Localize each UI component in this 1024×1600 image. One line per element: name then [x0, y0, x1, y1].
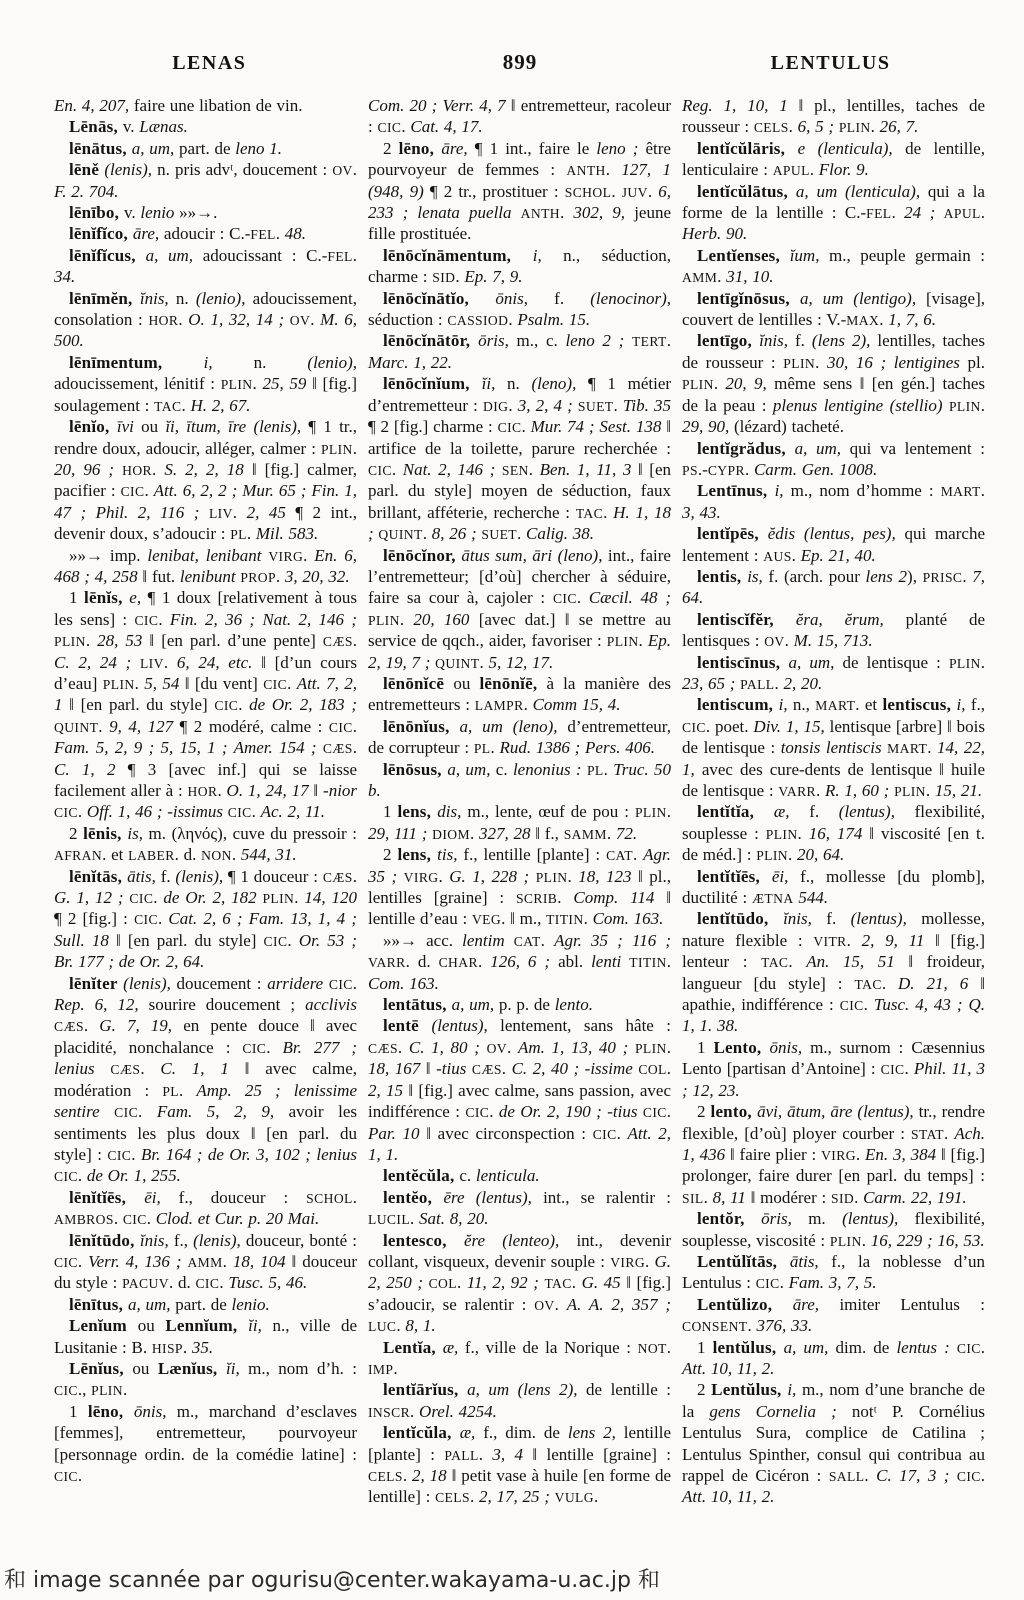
dictionary-entry: »»→ acc. lentim CAT. Agr. 35 ; 116 ; VAR…: [368, 930, 671, 994]
dictionary-entry: lentĭgrădus, a, um, qui va lentement : P…: [682, 438, 985, 481]
dictionary-entry: lēnōcĭnor, ātus sum, āri (leno), int., f…: [368, 545, 671, 673]
dictionary-entry: lentĕo, ēre (lentus), int., se ralentir …: [368, 1187, 671, 1230]
dictionary-entry: Lenĭum ou Lennĭum, ĭi, n., ville de Lusi…: [54, 1315, 357, 1358]
dictionary-entry: lēnĭo, īvi ou ĭi, ītum, īre (lenis), ¶ 1…: [54, 416, 357, 544]
dictionary-entry: lēnōcĭnātōr, ōris, m., c. leno 2 ; TERT.…: [368, 330, 671, 373]
dictionary-entry: lēnātus, a, um, part. de leno 1.: [54, 138, 357, 159]
dictionary-entry: lentīgo, ĭnis, f. (lens 2), lentilles, t…: [682, 330, 985, 437]
dictionary-entry: Lentŭlizo, āre, imiter Lentulus : CONSEN…: [682, 1294, 985, 1337]
dictionary-entry: lentiscīnus, a, um, de lentisque : PLIN.…: [682, 652, 985, 695]
dictionary-entry: 1 lēno, ōnis, m., marchand d’esclaves [f…: [54, 1401, 357, 1487]
header-left-title: LENAS: [172, 52, 246, 74]
dictionary-entry: Lēnās, v. Lænas.: [54, 116, 357, 137]
dictionary-entry: lentĭpēs, ĕdis (lentus, pes), qui marche…: [682, 523, 985, 566]
dictionary-entry: »»→ imp. lenibat, lenibant VIRG. En. 6, …: [54, 545, 357, 588]
header-right-title: LENTULUS: [771, 52, 891, 74]
dictionary-entry: 2 lens, tis, f., lentille [plante] : CAT…: [368, 844, 671, 930]
dictionary-entry: lēnītus, a, um, part. de lenio.: [54, 1294, 357, 1315]
dictionary-entry: En. 4, 207, faire une libation de vin.: [54, 95, 357, 116]
dictionary-entry: 2 lēno, āre, ¶ 1 int., faire le leno ; ê…: [368, 138, 671, 245]
text-columns: En. 4, 207, faire une libation de vin.Lē…: [54, 95, 986, 1508]
dictionary-entry: lēnōsus, a, um, c. lenonius : PL. Truc. …: [368, 759, 671, 802]
dictionary-entry: lentĭtūdo, ĭnis, f. (lentus), mollesse, …: [682, 908, 985, 1036]
dictionary-entry: 2 lento, āvi, ātum, āre (lentus), tr., r…: [682, 1101, 985, 1208]
page-header: LENAS 899 LENTULUS: [54, 50, 986, 75]
dictionary-entry: lēnōcĭnātĭo, ōnis, f. (lenocinor), séduc…: [368, 288, 671, 331]
dictionary-entry: lentesco, ĕre (lenteo), int., devenir co…: [368, 1230, 671, 1337]
dictionary-entry: lentĭārĭus, a, um (lens 2), de lentille …: [368, 1379, 671, 1422]
dictionary-entry: lentē (lentus), lentement, sans hâte : C…: [368, 1015, 671, 1165]
dictionary-entry: Lēnĭus, ou Lænĭus, ĭi, m., nom d’h. : CI…: [54, 1358, 357, 1401]
dictionary-entry: 1 Lento, ōnis, m., surnom : Cæsennius Le…: [682, 1037, 985, 1101]
dictionary-entry: lentīgĭnōsus, a, um (lentigo), [visage],…: [682, 288, 985, 331]
dictionary-page: LENAS 899 LENTULUS En. 4, 207, faire une…: [0, 0, 1024, 1508]
dictionary-entry: lēnĭtās, ātis, f. (lenis), ¶ 1 douceur :…: [54, 866, 357, 973]
dictionary-entry: lentĭtĭēs, ēi, f., mollesse [du plomb], …: [682, 866, 985, 909]
dictionary-entry: lēnōnĭcē ou lēnōnĭē, à la manière des en…: [368, 673, 671, 716]
dictionary-column-left: En. 4, 207, faire une libation de vin.Lē…: [54, 95, 357, 1508]
dictionary-entry: lēnībo, v. lenio »»→.: [54, 202, 357, 223]
dictionary-entry: lentiscĭfĕr, ĕra, ĕrum, planté de lentis…: [682, 609, 985, 652]
dictionary-entry: lentiscum, i, n., MART. et lentiscus, i,…: [682, 694, 985, 801]
dictionary-entry: lentātus, a, um, p. p. de lento.: [368, 994, 671, 1015]
dictionary-entry: lēnĭter (lenis), doucement : arridere CI…: [54, 973, 357, 1187]
dictionary-entry: lēnĭfĭcus, a, um, adoucissant : C.-FEL. …: [54, 245, 357, 288]
dictionary-entry: 1 lens, dis, m., lente, œuf de pou : PLI…: [368, 801, 671, 844]
dictionary-entry: Lentĭenses, ĭum, m., peuple germain : AM…: [682, 245, 985, 288]
dictionary-entry: 2 lēnis, is, m. (ληνός), cuve du pressoi…: [54, 823, 357, 866]
dictionary-entry: 2 Lentŭlus, i, m., nom d’une branche de …: [682, 1379, 985, 1507]
dictionary-column-right: Reg. 1, 10, 1 ‖ pl., lentilles, taches d…: [682, 95, 985, 1508]
dictionary-entry: Com. 20 ; Verr. 4, 7 ‖ entremetteur, rac…: [368, 95, 671, 138]
dictionary-entry: lentĭtĭa, æ, f. (lentus), flexibilité, s…: [682, 801, 985, 865]
dictionary-entry: lēnīmĕn, ĭnis, n. (lenio), adoucissement…: [54, 288, 357, 352]
dictionary-entry: Lentĭa, æ, f., ville de la Norique : NOT…: [368, 1337, 671, 1380]
dictionary-entry: 1 lentŭlus, a, um, dim. de lentus : CIC.…: [682, 1337, 985, 1380]
dictionary-entry: lentĭcŭla, æ, f., dim. de lens 2, lentil…: [368, 1422, 671, 1508]
dictionary-entry: lēnĭfĭco, āre, adoucir : C.-FEL. 48.: [54, 223, 357, 244]
dictionary-entry: lentĭcŭlāris, e (lenticula), de lentille…: [682, 138, 985, 181]
dictionary-entry: lentis, is, f. (arch. pour lens 2), PRIS…: [682, 566, 985, 609]
page-number: 899: [503, 50, 538, 74]
dictionary-entry: lēnōcĭnāmentum, i, n., séduction, charme…: [368, 245, 671, 288]
dictionary-column-center: Com. 20 ; Verr. 4, 7 ‖ entremetteur, rac…: [368, 95, 671, 1508]
dictionary-entry: lentŏr, ōris, m. (lentus), flexibilité, …: [682, 1208, 985, 1251]
dictionary-entry: lēnīmentum, i, n. (lenio), adoucissement…: [54, 352, 357, 416]
dictionary-entry: lēnĭtĭēs, ēi, f., douceur : SCHOL. AMBRO…: [54, 1187, 357, 1230]
scan-attribution: 和 image scannée par ogurisu@center.wakay…: [4, 1563, 660, 1594]
dictionary-entry: Reg. 1, 10, 1 ‖ pl., lentilles, taches d…: [682, 95, 985, 138]
dictionary-entry: lēnōcĭnĭum, ĭi, n. (leno), ¶ 1 métier d’…: [368, 373, 671, 544]
dictionary-entry: Lentŭlĭtās, ātis, f., la noblesse d’un L…: [682, 1251, 985, 1294]
dictionary-entry: lēně (lenis), n. pris advᵗ, doucement : …: [54, 159, 357, 202]
dictionary-entry: lentĭcŭlātus, a, um (lenticula), qui a l…: [682, 181, 985, 245]
dictionary-entry: lēnōnĭus, a, um (leno), d’entremetteur, …: [368, 716, 671, 759]
dictionary-entry: 1 lēnĭs, e, ¶ 1 doux [relativement à tou…: [54, 587, 357, 822]
dictionary-entry: lēnĭtūdo, ĭnis, f., (lenis), douceur, bo…: [54, 1230, 357, 1294]
dictionary-entry: Lentīnus, i, m., nom d’homme : MART. 3, …: [682, 480, 985, 523]
dictionary-entry: lentĕcŭla, c. lenticula.: [368, 1165, 671, 1186]
